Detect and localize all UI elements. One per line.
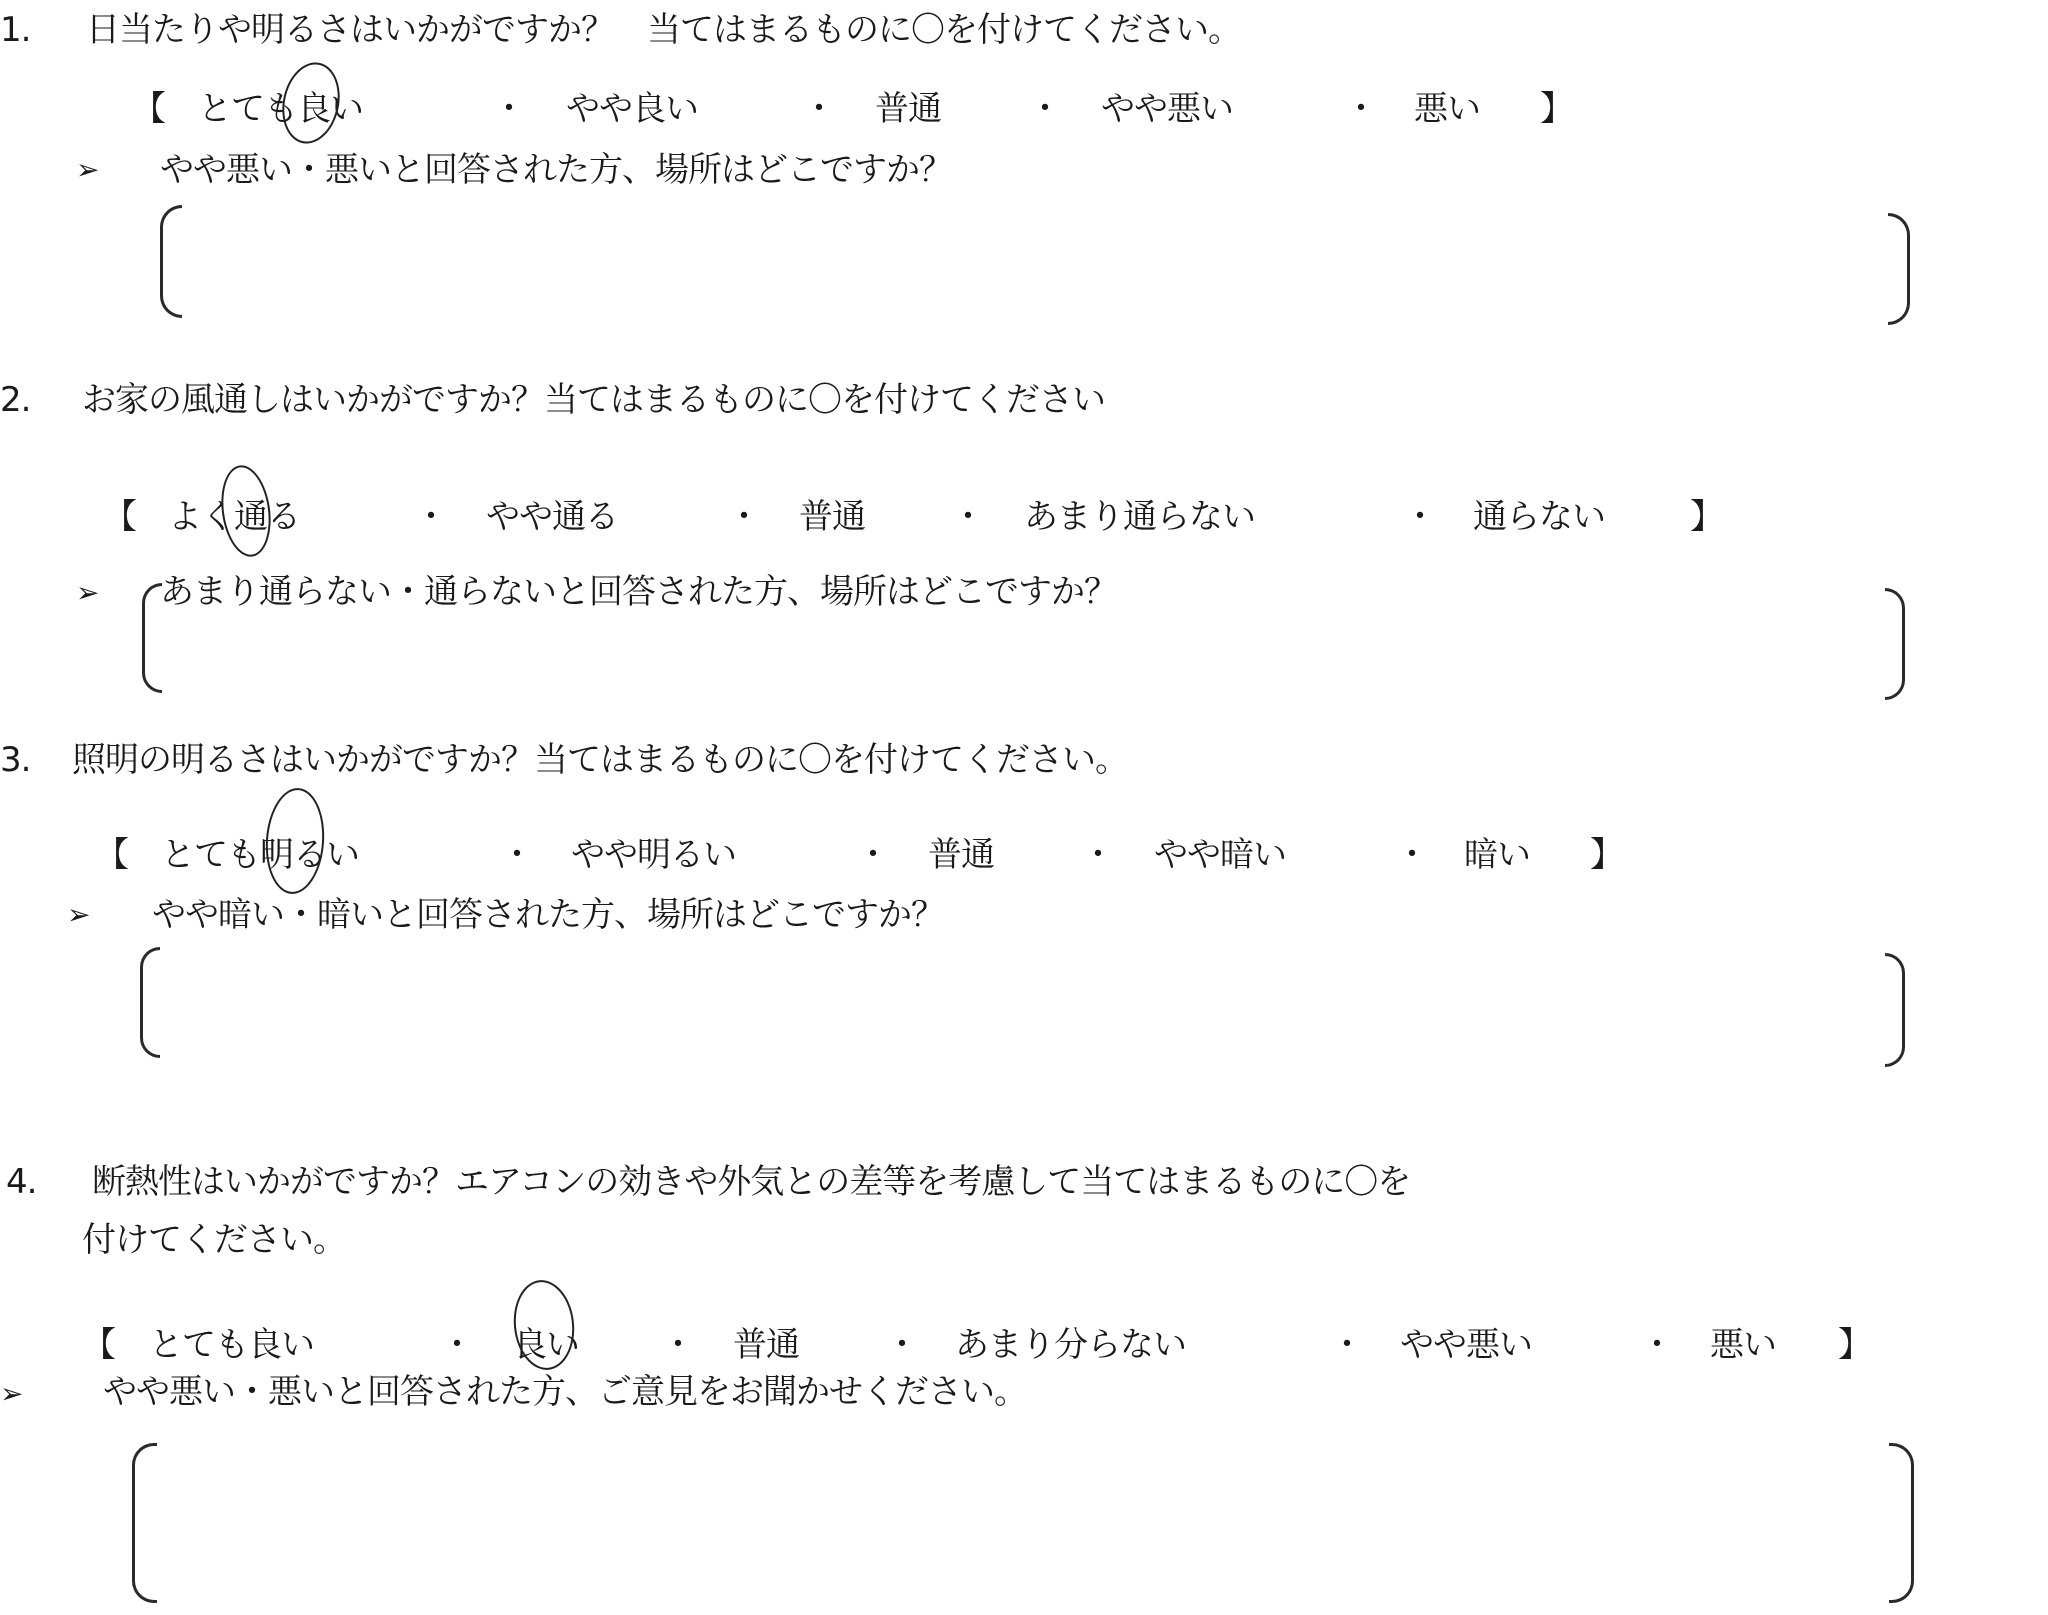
separator: ・ <box>1081 834 1114 876</box>
answer-box[interactable] <box>140 947 1905 1072</box>
separator: ・ <box>1395 834 1428 876</box>
separator: ・ <box>951 496 984 538</box>
separator: ・ <box>1640 1324 1673 1366</box>
close-bracket: 】 <box>1540 88 1573 130</box>
question-number: 1. <box>0 10 30 50</box>
separator: ・ <box>1344 88 1377 130</box>
arrow-bullet-icon: ➢ <box>76 152 99 188</box>
question-title: お家の風通しはいかがですか？当てはまるものに〇を付けてください <box>82 380 1105 420</box>
option-dark[interactable]: 暗い <box>1464 834 1530 876</box>
right-paren <box>1889 1443 1914 1603</box>
open-bracket: 【 <box>132 88 165 130</box>
right-paren <box>1885 588 1905 700</box>
selection-circle-mark <box>216 462 276 560</box>
arrow-bullet-icon: ➢ <box>67 897 90 933</box>
right-paren <box>1885 953 1905 1067</box>
arrow-bullet-icon: ➢ <box>76 575 99 611</box>
separator: ・ <box>885 1324 918 1366</box>
option-somewhat-bad[interactable]: やや悪い <box>1101 88 1233 130</box>
separator: ・ <box>500 834 533 876</box>
selection-circle-mark <box>275 57 347 149</box>
question-title-line2: 付けてください。 <box>82 1220 346 1260</box>
open-bracket: 【 <box>82 1324 115 1366</box>
separator: ・ <box>1330 1324 1363 1366</box>
followup-question: やや悪い・悪いと回答された方、ご意見をお聞かせください。 <box>103 1372 1027 1412</box>
separator: ・ <box>856 834 889 876</box>
question-number: 4. <box>6 1162 36 1202</box>
option-somewhat-bright[interactable]: やや明るい <box>571 834 736 876</box>
answer-box[interactable] <box>132 1443 1914 1605</box>
selection-circle-mark <box>262 786 327 896</box>
answer-box[interactable] <box>160 205 1910 323</box>
separator: ・ <box>1403 496 1436 538</box>
close-bracket: 】 <box>1690 496 1723 538</box>
left-paren <box>132 1443 157 1603</box>
option-normal[interactable]: 普通 <box>733 1324 799 1366</box>
separator: ・ <box>1028 88 1061 130</box>
option-somewhat-good[interactable]: やや良い <box>566 88 698 130</box>
option-very-bright[interactable]: とても明るい <box>161 834 359 876</box>
arrow-bullet-icon: ➢ <box>0 1376 23 1412</box>
separator: ・ <box>492 88 525 130</box>
left-paren <box>160 205 182 318</box>
option-not-very-airy[interactable]: あまり通らない <box>1024 496 1255 538</box>
followup-question: やや悪い・悪いと回答された方、場所はどこですか？ <box>160 150 952 190</box>
question-title: 日当たりや明るさはいかがですか？ 当てはまるものに〇を付けてください。 <box>86 10 1241 50</box>
question-number: 2. <box>0 380 30 420</box>
separator: ・ <box>414 496 447 538</box>
right-paren <box>1888 213 1910 325</box>
followup-question: やや暗い・暗いと回答された方、場所はどこですか？ <box>152 895 944 935</box>
separator: ・ <box>440 1324 473 1366</box>
option-normal[interactable]: 普通 <box>928 834 994 876</box>
question-title: 断熱性はいかがですか？エアコンの効きや外気との差等を考慮して当てはまるものに〇を <box>92 1162 1410 1202</box>
separator: ・ <box>661 1324 694 1366</box>
option-not-airy[interactable]: 通らない <box>1473 496 1605 538</box>
answer-box[interactable] <box>142 583 1905 701</box>
question-number: 3. <box>0 740 30 780</box>
left-paren <box>140 947 160 1058</box>
question-title: 照明の明るさはいかがですか？当てはまるものに〇を付けてください。 <box>72 740 1128 780</box>
option-cannot-tell[interactable]: あまり分らない <box>955 1324 1186 1366</box>
open-bracket: 【 <box>103 496 136 538</box>
option-somewhat-bad[interactable]: やや悪い <box>1400 1324 1532 1366</box>
open-bracket: 【 <box>95 834 128 876</box>
separator: ・ <box>802 88 835 130</box>
left-paren <box>142 583 162 693</box>
option-bad[interactable]: 悪い <box>1710 1324 1776 1366</box>
option-normal[interactable]: 普通 <box>875 88 941 130</box>
option-bad[interactable]: 悪い <box>1414 88 1480 130</box>
option-somewhat-dark[interactable]: やや暗い <box>1154 834 1286 876</box>
option-somewhat-airy[interactable]: やや通る <box>486 496 618 538</box>
separator: ・ <box>727 496 760 538</box>
close-bracket: 】 <box>1838 1324 1871 1366</box>
option-very-good[interactable]: とても良い <box>149 1324 314 1366</box>
option-normal[interactable]: 普通 <box>799 496 865 538</box>
close-bracket: 】 <box>1590 834 1623 876</box>
